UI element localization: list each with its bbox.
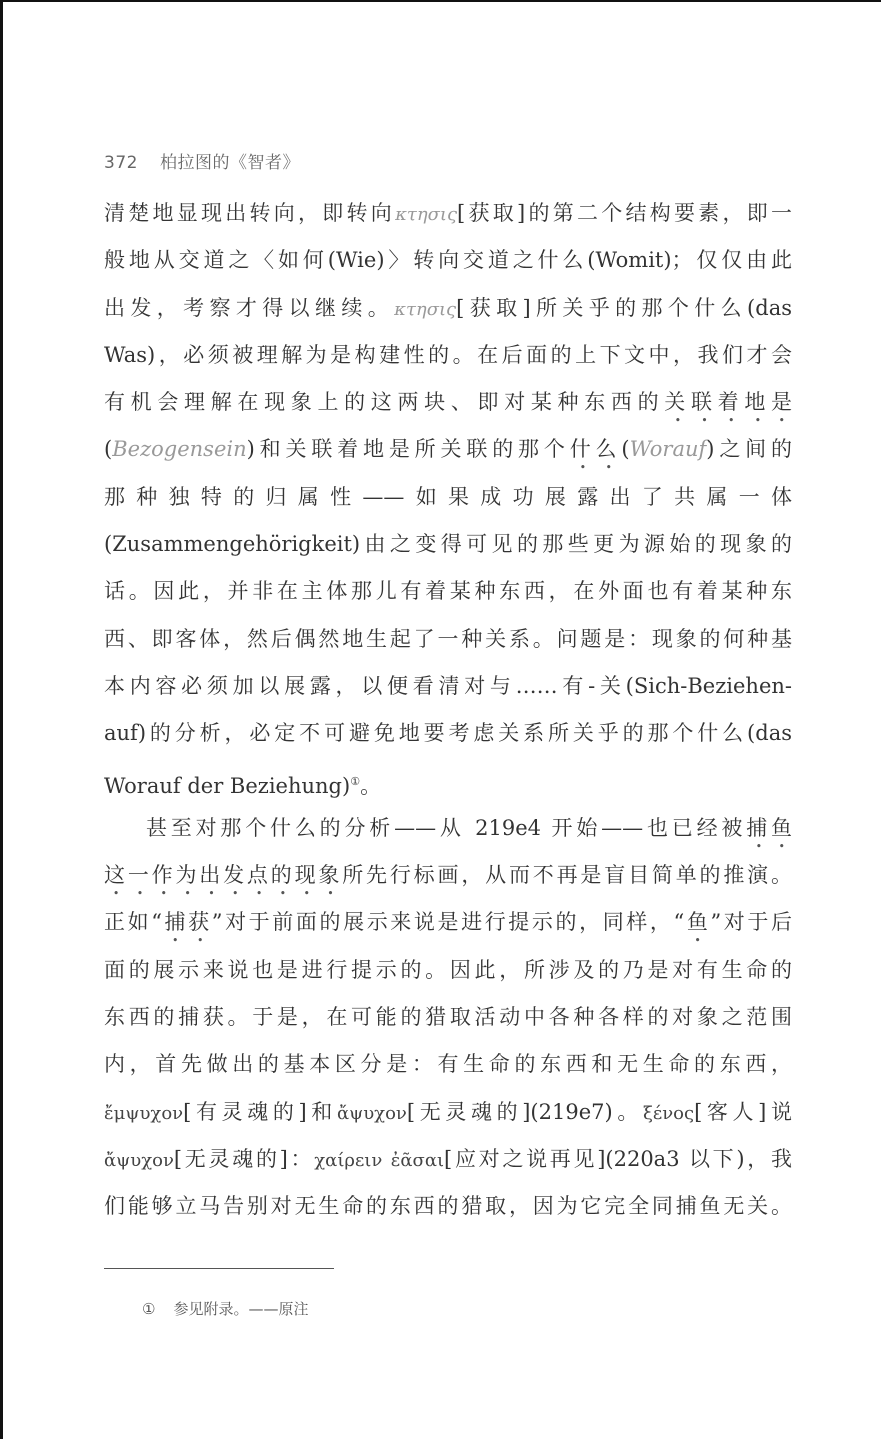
text-line: 那种独特的归属性——如果成功展露出了共属一体	[104, 474, 792, 521]
text-run: 有机会理解在现象上的这两块、即对某种东西的	[104, 390, 664, 414]
running-header: 372柏拉图的《智者》	[104, 148, 300, 173]
text-run: auf)的分析，必定不可避免地要考虑关系所关乎的那个什么(das	[104, 721, 792, 745]
text-run: [有灵魂的]和	[183, 1100, 337, 1124]
text-run: 面的展示来说也是进行提示的。因此，所涉及的乃是对有生命的	[104, 958, 792, 982]
text-line: 甚至对那个什么的分析——从 219e4 开始——也已经被捕鱼	[104, 805, 792, 852]
text-run: [客人]说	[694, 1100, 792, 1124]
text-line: (Bezogensein)和关联着地是所关联的那个什么(Worauf)之间的	[104, 426, 792, 473]
page-border-left	[0, 0, 3, 1439]
german-term: Bezogensein	[112, 437, 246, 461]
text-line: 正如“捕获”对于前面的展示来说是进行提示的，同样，“鱼”对于后	[104, 899, 792, 946]
text-run: Was)，必须被理解为是构建性的。在后面的上下文中，我们才会	[104, 343, 792, 367]
text-run: [应对之说再见](220a3 以下)，我	[444, 1147, 792, 1171]
text-run: (Zusammengehörigkeit)由之变得可见的那些更为源始的现象的	[104, 532, 792, 556]
text-line: Was)，必须被理解为是构建性的。在后面的上下文中，我们才会	[104, 332, 792, 379]
text-line: auf)的分析，必定不可避免地要考虑关系所关乎的那个什么(das	[104, 710, 792, 757]
text-run: 所先行标画，从而不再是盲目简单的推演。	[342, 863, 792, 887]
body-text: 清楚地显现出转向，即转向κτησις[获取]的第二个结构要素，即一 般地从交道之…	[104, 190, 792, 1231]
text-line: 西、即客体，然后偶然地生起了一种关系。问题是：现象的何种基	[104, 616, 792, 663]
text-line: 内，首先做出的基本区分是：有生命的东西和无生命的东西，	[104, 1041, 792, 1088]
page-border-top	[0, 0, 881, 2]
emphasis-dotted: 鱼	[684, 910, 710, 934]
greek-term: κτησις	[394, 299, 456, 320]
text-run: (	[621, 437, 629, 461]
text-run: [获取]所关乎的那个什么(das	[456, 296, 792, 320]
emphasis-dotted: 这一作为出发点的现象	[104, 863, 342, 887]
emphasis-dotted: 什么	[570, 437, 622, 461]
text-run: 那种独特的归属性——如果成功展露出了共属一体	[104, 485, 792, 509]
text-line: 们能够立马告别对无生命的东西的猎取，因为它完全同捕鱼无关。	[104, 1183, 792, 1230]
text-run: ”对于后	[710, 910, 792, 934]
text-line: 话。因此，并非在主体那儿有着某种东西，在外面也有着某种东	[104, 568, 792, 615]
text-run: 内，首先做出的基本区分是：有生命的东西和无生命的东西，	[104, 1052, 792, 1076]
text-run: )和关联着地是所关联的那个	[247, 437, 570, 461]
text-line: 清楚地显现出转向，即转向κτησις[获取]的第二个结构要素，即一	[104, 190, 792, 237]
text-line: 般地从交道之〈如何(Wie)〉转向交道之什么(Womit)；仅仅由此	[104, 237, 792, 284]
text-line: 本内容必须加以展露，以便看清对与……有-关(Sich-Beziehen-	[104, 663, 792, 710]
text-line: 这一作为出发点的现象所先行标画，从而不再是盲目简单的推演。	[104, 852, 792, 899]
text-run: ”对于前面的展示来说是进行提示的，同样，“	[212, 910, 684, 934]
text-line: 有机会理解在现象上的这两块、即对某种东西的关联着地是	[104, 379, 792, 426]
text-run: 正如“	[104, 910, 162, 934]
text-run: 清楚地显现出转向，即转向	[104, 201, 395, 225]
text-run: 本内容必须加以展露，以便看清对与……有-关(Sich-Beziehen-	[104, 674, 792, 698]
text-line: ἔμψυχον[有灵魂的]和ἄψυχον[无灵魂的](219e7)。ξένος[…	[104, 1089, 792, 1136]
emphasis-dotted: 捕获	[162, 910, 212, 934]
text-line: 东西的捕获。于是，在可能的猎取活动中各种各样的对象之范围	[104, 994, 792, 1041]
footnote: ①参见附录。——原注	[142, 1298, 308, 1319]
greek-term: ἄψυχον	[337, 1103, 407, 1124]
text-run: 东西的捕获。于是，在可能的猎取活动中各种各样的对象之范围	[104, 1005, 792, 1029]
text-run: 们能够立马告别对无生命的东西的猎取，因为它完全同捕鱼无关。	[104, 1194, 792, 1218]
footnote-ref[interactable]: ①	[350, 775, 360, 788]
text-line: ἄψυχον[无灵魂的]：χαίρειν ἐᾶσαι[应对之说再见](220a3…	[104, 1136, 792, 1183]
text-run: (	[104, 437, 112, 461]
text-line: Worauf der Beziehung)①。	[104, 758, 792, 805]
german-term: Worauf	[630, 437, 707, 461]
footnote-text: 参见附录。——原注	[173, 1300, 308, 1318]
text-line: (Zusammengehörigkeit)由之变得可见的那些更为源始的现象的	[104, 521, 792, 568]
greek-term: χαίρειν ἐᾶσαι	[314, 1150, 444, 1171]
page-number: 372	[104, 153, 138, 173]
greek-term: ἄψυχον	[104, 1150, 174, 1171]
text-run: [获取]的第二个结构要素，即一	[457, 201, 792, 225]
greek-term: κτησις	[395, 204, 457, 225]
text-run: 甚至对那个什么的分析——从 219e4 开始——也已经被	[146, 816, 746, 840]
text-run: [无灵魂的](219e7)。	[407, 1100, 643, 1124]
text-run: )之间的	[706, 437, 792, 461]
text-run: 出发，考察才得以继续。	[104, 296, 394, 320]
text-line: 出发，考察才得以继续。κτησις[获取]所关乎的那个什么(das	[104, 285, 792, 332]
text-run: 。	[360, 774, 381, 798]
emphasis-dotted: 捕鱼	[746, 816, 792, 840]
text-run: 话。因此，并非在主体那儿有着某种东西，在外面也有着某种东	[104, 579, 792, 603]
greek-term: ξένος	[643, 1103, 694, 1124]
text-run: [无灵魂的]：	[174, 1147, 314, 1171]
text-run: 般地从交道之〈如何(Wie)〉转向交道之什么(Womit)；仅仅由此	[104, 248, 792, 272]
emphasis-dotted: 关联着地是	[664, 390, 792, 414]
greek-term: ἔμψυχον	[104, 1103, 183, 1124]
text-run: 西、即客体，然后偶然地生起了一种关系。问题是：现象的何种基	[104, 627, 792, 651]
footnote-divider	[104, 1268, 334, 1269]
running-title: 柏拉图的《智者》	[160, 153, 300, 173]
text-line: 面的展示来说也是进行提示的。因此，所涉及的乃是对有生命的	[104, 947, 792, 994]
footnote-mark: ①	[142, 1300, 155, 1318]
text-run: Worauf der Beziehung)	[104, 774, 350, 798]
